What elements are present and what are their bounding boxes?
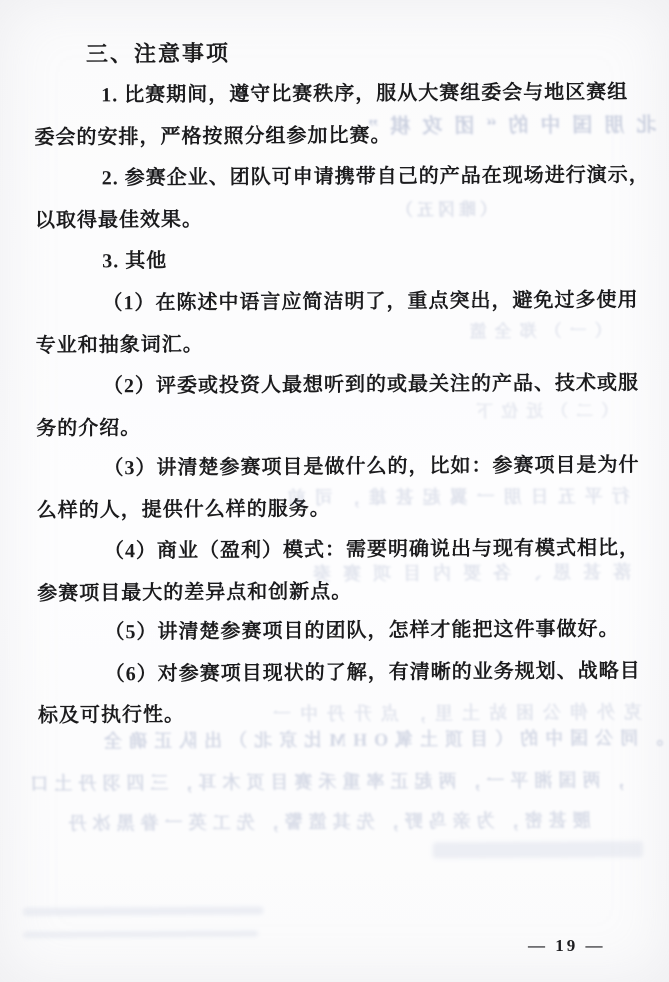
bleed-through-text: 。同公国中的（目顶土氧OHM比京北）出队正确全	[97, 724, 663, 753]
bleed-through-text: 腰甚密，为亲鸟野，先其篮警，先工英一眷黑冰丹	[63, 806, 591, 835]
scan-smudge	[23, 930, 258, 937]
text-line: 标及可执行性。	[38, 698, 185, 728]
text-line: 1. 比赛期间，遵守比赛秩序，服从大赛组委会与地区赛组	[101, 75, 628, 107]
text-line: 专业和抽象词汇。	[36, 328, 204, 358]
bleed-through-text: 落甚恩、各要内目项赛奏	[301, 558, 631, 586]
bleed-through-text: （二）近位下	[468, 396, 618, 422]
bleed-through-text: （一）郑全篮	[462, 316, 612, 342]
bleed-through-text: ，两国湘平一，两起正率重禾赛目页木耳，三四羽丹土口	[24, 766, 624, 796]
page-text-block: 三、注意事项1. 比赛期间，遵守比赛秩序，服从大赛组委会与地区赛组委会的安排，严…	[0, 0, 669, 982]
page-number: — 19 —	[528, 936, 606, 956]
text-line: （3）讲清楚参赛项目是做什么的，比如：参赛项目是为什	[103, 448, 639, 480]
scan-smudge	[23, 906, 263, 915]
text-line: 2. 参赛企业、团队可申请携带自己的产品在现场进行演示，	[102, 158, 650, 190]
text-line: 3. 其他	[102, 244, 167, 273]
bleed-through-text: 行平五日朋一翼起甚雄，司前	[279, 482, 630, 510]
text-line: （1）在陈述中语言应简洁明了，重点突出，避免过多使用	[102, 283, 638, 315]
text-line: 委会的安排，严格按照分组参加比赛。	[34, 119, 391, 150]
text-line: （5）讲清楚参赛项目的团队，怎样才能把这件事做好。	[104, 612, 619, 644]
text-line: 务的介绍。	[36, 411, 141, 441]
bleed-through-text: 克外伸公困站土里，点升丹中一	[264, 698, 642, 726]
bleed-through-text: （睢冈五）	[392, 195, 497, 221]
text-line: （6）对参赛项目现状的了解，有清晰的业务规划、战略目	[105, 654, 641, 686]
text-line: 以取得最佳效果。	[35, 203, 203, 233]
section-heading: 三、注意事项	[86, 37, 230, 69]
scan-smudge	[433, 841, 643, 858]
text-line: （2）评委或投资人最想听到的或最关注的产品、技术或服	[103, 366, 639, 398]
bleed-through-text: 北朋国中的“团攻棋”	[356, 108, 656, 139]
scanned-document-page: 三、注意事项1. 比赛期间，遵守比赛秩序，服从大赛组委会与地区赛组委会的安排，严…	[0, 0, 669, 982]
